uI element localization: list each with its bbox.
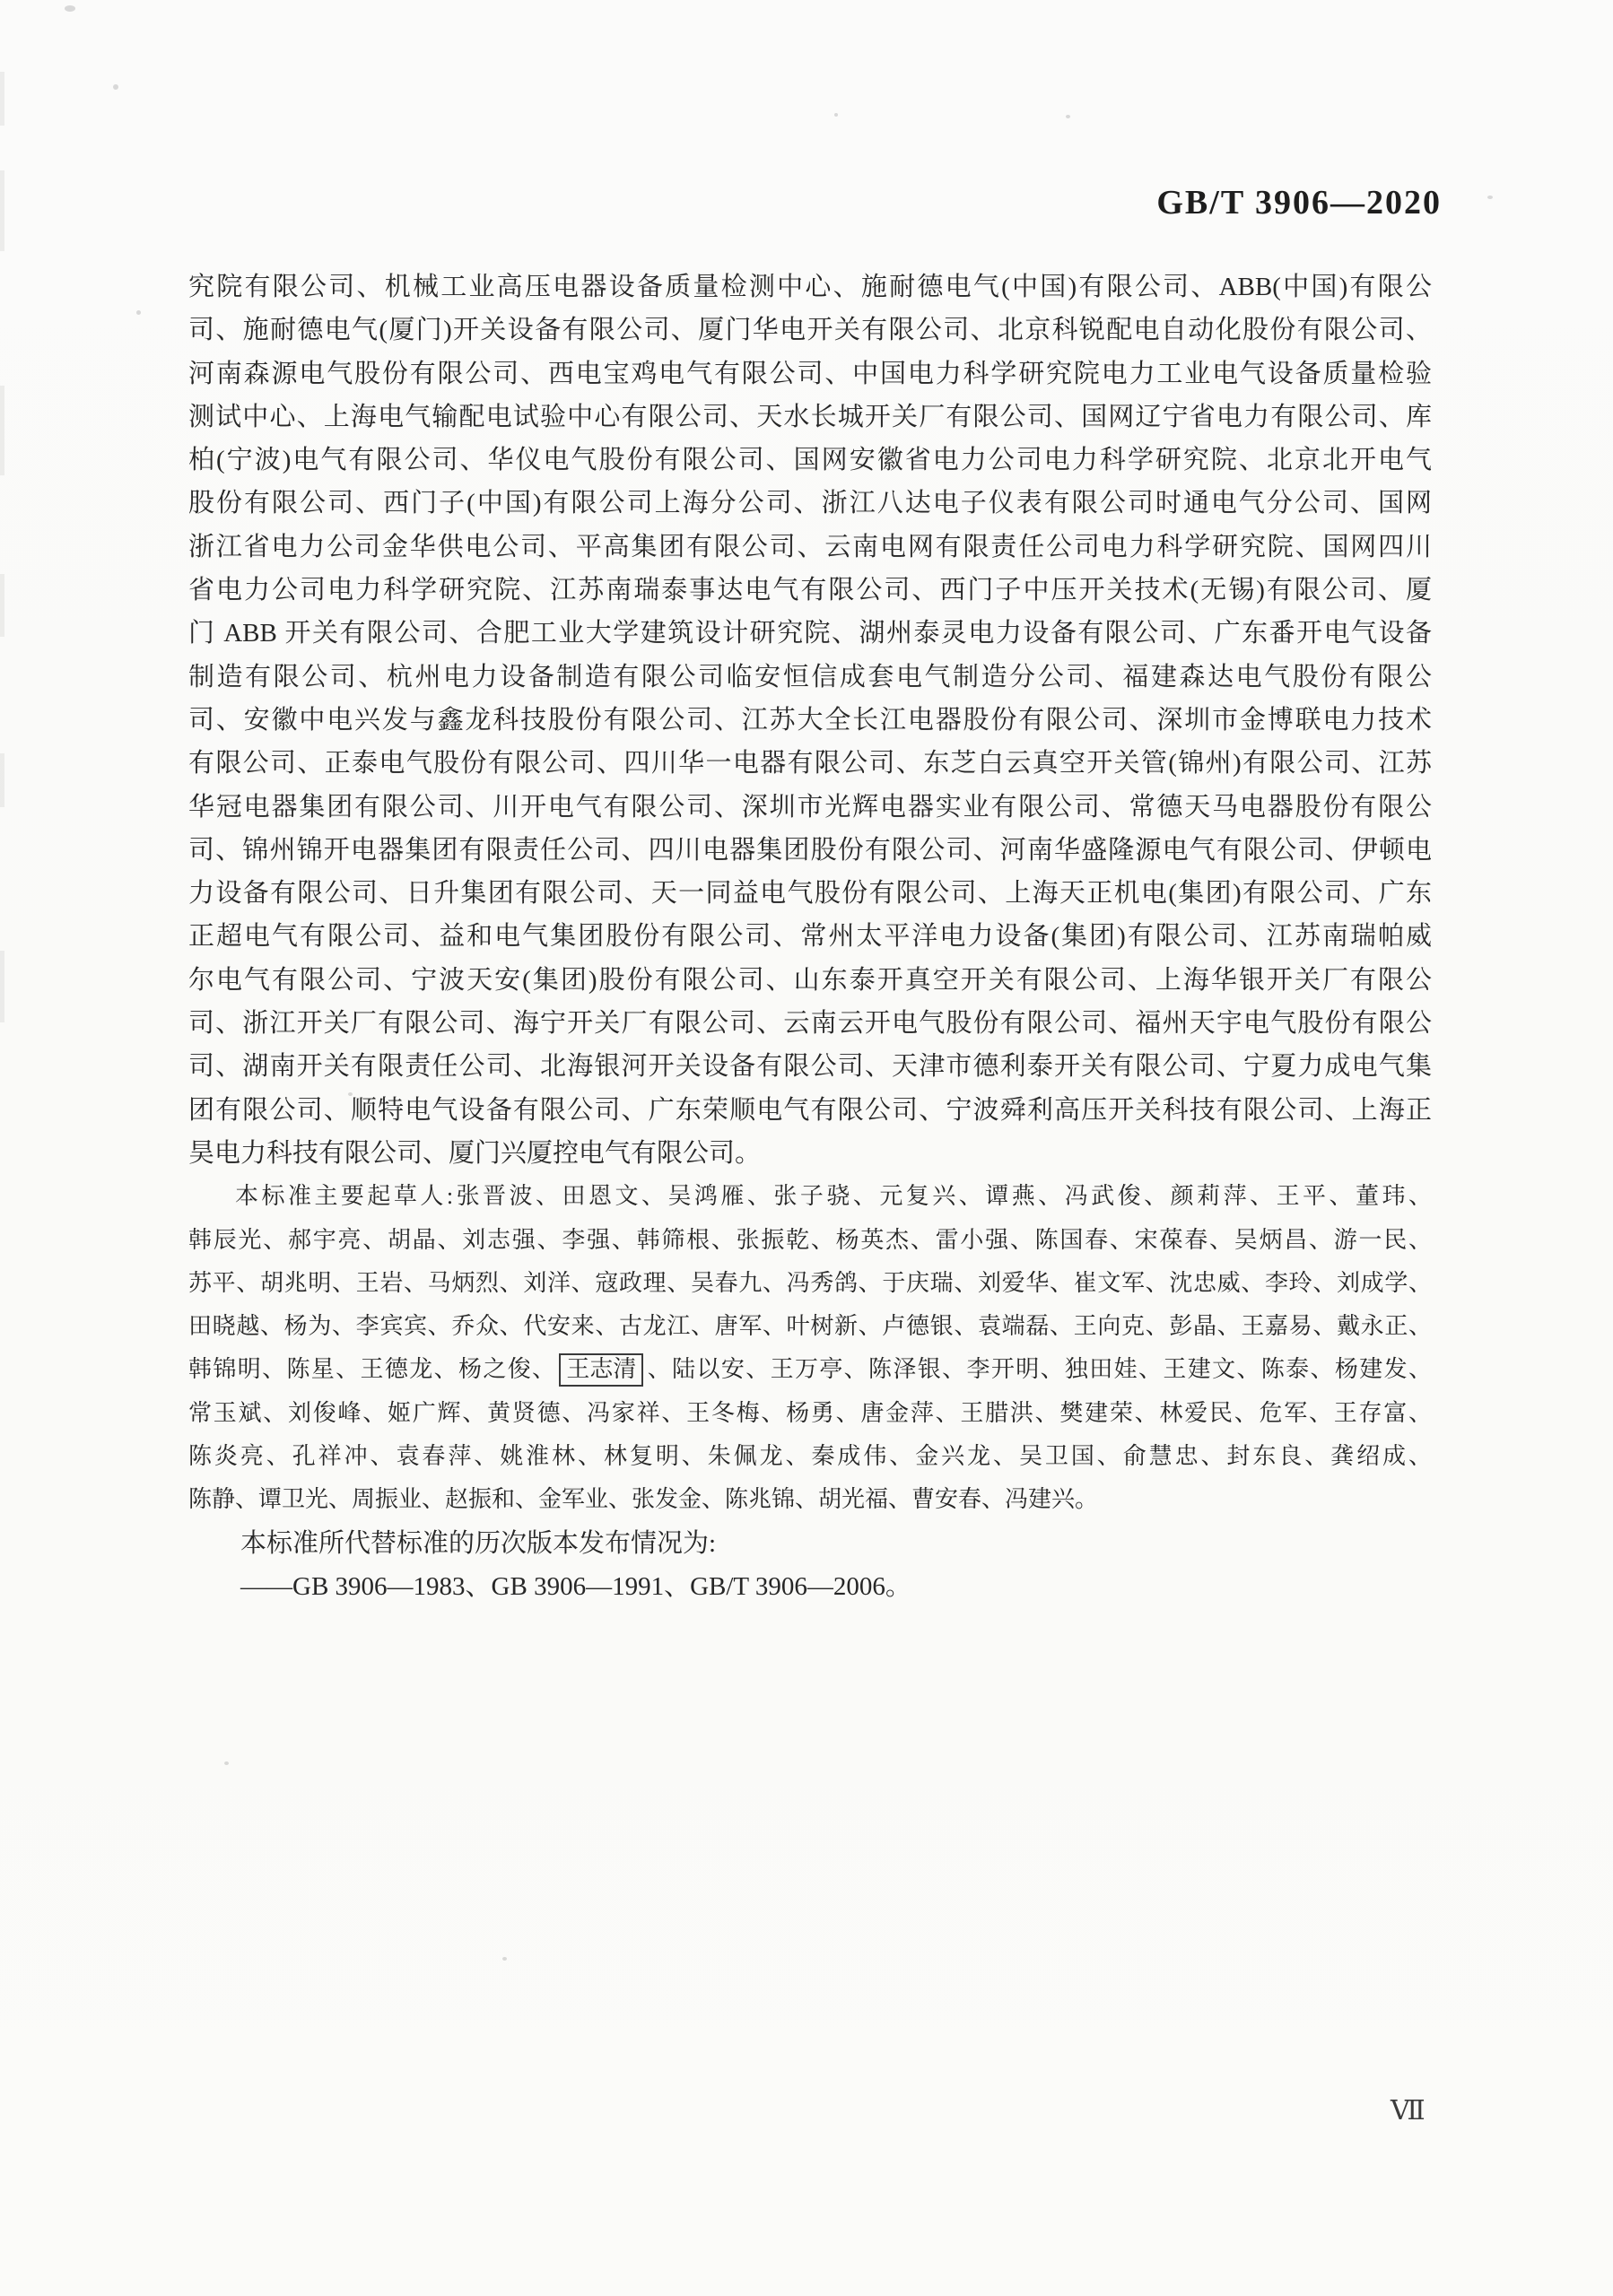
scan-edge-mark — [0, 386, 4, 475]
text-line: 测试中心、上海电气输配电试验中心有限公司、天水长城开关厂有限公司、国网辽宁省电力… — [188, 396, 1432, 439]
text-line: 本标准所代替标准的历次版本发布情况为: — [188, 1522, 1432, 1565]
text-line: 团有限公司、顺特电气设备有限公司、广东荣顺电气有限公司、宁波舜利高压开关科技有限… — [188, 1089, 1432, 1132]
text-line: 门 ABB 开关有限公司、合肥工业大学建筑设计研究院、湖州泰灵电力设备有限公司、… — [188, 612, 1432, 655]
scan-speck — [65, 5, 75, 12]
text-line: 常玉斌、刘俊峰、姬广辉、黄贤德、冯家祥、王冬梅、杨勇、唐金萍、王腊洪、樊建荣、林… — [188, 1392, 1432, 1435]
scan-speck — [834, 113, 838, 117]
scan-edge-mark — [0, 574, 4, 637]
text-segment: 、陆以安、王万亭、陈泽银、李开明、独田娃、王建文、陈泰、杨建发、 — [646, 1356, 1432, 1382]
page-number: Ⅶ — [1391, 2095, 1426, 2126]
text-line: 浙江省电力公司金华供电公司、平高集团有限公司、云南电网有限责任公司电力科学研究院… — [188, 526, 1432, 569]
text-line: 尔电气有限公司、宁波天安(集团)股份有限公司、山东泰开真空开关有限公司、上海华银… — [188, 959, 1432, 1002]
deceased-name-box: 王志清 — [559, 1353, 643, 1387]
text-line: 司、施耐德电气(厦门)开关设备有限公司、厦门华电开关有限公司、北京科锐配电自动化… — [188, 309, 1432, 352]
text-line: 田晓越、杨为、李宾宾、乔众、代安来、古龙江、唐军、叶树新、卢德银、袁端磊、王向克… — [188, 1305, 1432, 1348]
text-line: 正超电气有限公司、益和电气集团股份有限公司、常州太平洋电力设备(集团)有限公司、… — [188, 915, 1432, 958]
text-line: 昊电力科技有限公司、厦门兴厦控电气有限公司。 — [188, 1132, 1432, 1175]
scan-edge-mark — [0, 170, 4, 251]
text-line-with-boxed-name: 韩锦明、陈星、王德龙、杨之俊、王志清、陆以安、王万亭、陈泽银、李开明、独田娃、王… — [188, 1348, 1432, 1391]
scanned-document-page: GB/T 3906—2020 究院有限公司、机械工业高压电器设备质量检测中心、施… — [0, 0, 1613, 2296]
scan-edge-mark — [0, 753, 4, 807]
text-line: 华冠电器集团有限公司、川开电气有限公司、深圳市光辉电器实业有限公司、常德天马电器… — [188, 786, 1432, 829]
text-segment: 韩锦明、陈星、王德龙、杨之俊、 — [188, 1356, 556, 1382]
scan-speck — [502, 1957, 507, 1961]
scan-edge-mark — [0, 951, 4, 1022]
text-line: 司、安徽中电兴发与鑫龙科技股份有限公司、江苏大全长江电器股份有限公司、深圳市金博… — [188, 699, 1432, 742]
text-line: 有限公司、正泰电气股份有限公司、四川华一电器有限公司、东芝白云真空开关管(锦州)… — [188, 742, 1432, 785]
text-line: 力设备有限公司、日升集团有限公司、天一同益电气股份有限公司、上海天正机电(集团)… — [188, 872, 1432, 915]
scan-speck — [224, 1761, 229, 1765]
scan-speck — [136, 310, 141, 315]
text-line: 制造有限公司、杭州电力设备制造有限公司临安恒信成套电气制造分公司、福建森达电气股… — [188, 656, 1432, 699]
standard-number-header: GB/T 3906—2020 — [1156, 183, 1442, 222]
text-line: 省电力公司电力科学研究院、江苏南瑞泰事达电气有限公司、西门子中压开关技术(无锡)… — [188, 569, 1432, 612]
scan-speck — [348, 1092, 353, 1096]
text-line: 司、浙江开关厂有限公司、海宁开关厂有限公司、云南云开电气股份有限公司、福州天宇电… — [188, 1002, 1432, 1045]
scan-speck — [113, 84, 118, 90]
text-line: 韩辰光、郝宇亮、胡晶、刘志强、李强、韩筛根、张振乾、杨英杰、雷小强、陈国春、宋葆… — [188, 1219, 1432, 1262]
text-line: 苏平、胡兆明、王岩、马炳烈、刘洋、寇政理、吴春九、冯秀鸽、于庆瑞、刘爱华、崔文军… — [188, 1262, 1432, 1305]
text-line: 司、锦州锦开电器集团有限责任公司、四川电器集团股份有限公司、河南华盛隆源电气有限… — [188, 829, 1432, 872]
text-line: 河南森源电气股份有限公司、西电宝鸡电气有限公司、中国电力科学研究院电力工业电气设… — [188, 352, 1432, 396]
text-line: ——GB 3906—1983、GB 3906—1991、GB/T 3906—20… — [188, 1565, 1432, 1608]
text-line: 柏(宁波)电气有限公司、华仪电气股份有限公司、国网安徽省电力公司电力科学研究院、… — [188, 439, 1432, 482]
scan-speck — [1487, 196, 1493, 199]
body-text-block: 究院有限公司、机械工业高压电器设备质量检测中心、施耐德电气(中国)有限公司、AB… — [188, 265, 1432, 1608]
scan-speck — [1066, 115, 1070, 118]
text-line: 本标准主要起草人:张晋波、田恩文、吴鸿雁、张子骁、元复兴、谭燕、冯武俊、颜莉萍、… — [188, 1175, 1432, 1218]
text-line: 司、湖南开关有限责任公司、北海银河开关设备有限公司、天津市德利泰开关有限公司、宁… — [188, 1045, 1432, 1088]
text-line: 陈炎亮、孔祥冲、袁春萍、姚淮林、林复明、朱佩龙、秦成伟、金兴龙、吴卫国、俞慧忠、… — [188, 1435, 1432, 1478]
text-line: 陈静、谭卫光、周振业、赵振和、金军业、张发金、陈兆锦、胡光福、曹安春、冯建兴。 — [188, 1478, 1432, 1521]
text-line: 股份有限公司、西门子(中国)有限公司上海分公司、浙江八达电子仪表有限公司时通电气… — [188, 482, 1432, 525]
text-line: 究院有限公司、机械工业高压电器设备质量检测中心、施耐德电气(中国)有限公司、AB… — [188, 265, 1432, 309]
scan-edge-mark — [0, 72, 4, 126]
